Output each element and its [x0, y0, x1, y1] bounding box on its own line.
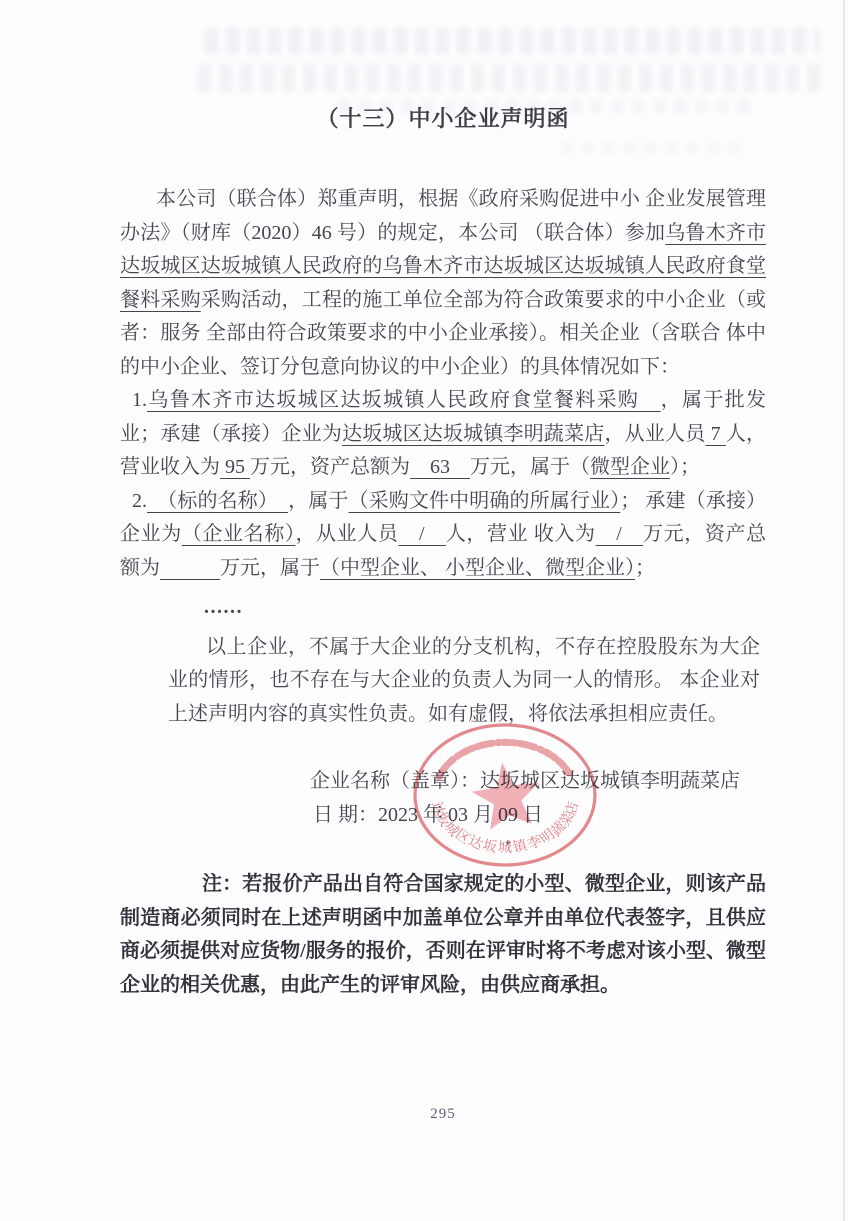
- date-line: 日 期：2023 年 03 月 09 日: [120, 799, 766, 833]
- text-segment: 万元，资产总额为: [250, 456, 410, 478]
- text-segment: /: [398, 523, 445, 545]
- text-segment: （企业名称）: [182, 523, 296, 545]
- text-segment: 的: [362, 255, 382, 277]
- scan-bleed-artifact: [560, 142, 750, 154]
- document-body: 本公司（联合体）郑重声明，根据《政府采购促进中小 企业发展管理办法》（财库（20…: [120, 183, 766, 1002]
- text-segment: 2.: [132, 490, 147, 512]
- text-segment: （采购文件中明确的所属行业）: [349, 490, 621, 512]
- text-segment: 7: [705, 423, 725, 445]
- text-segment: ）；: [670, 456, 700, 478]
- text-segment: 达坂城区达坂城镇李明蔬菜店: [342, 423, 604, 445]
- text-segment: 95: [220, 456, 250, 478]
- closing-paragraph: 以上企业，不属于大企业的分支机构，不存在控股股东为大企业的情形，也不存在与大企业…: [168, 631, 760, 732]
- item-1-paragraph: 1.乌鲁木齐市达坂城区达坂城镇人民政府食堂餐料采购 ，属于批发业；承建（承接）企…: [120, 384, 766, 485]
- text-segment: （标的名称）: [147, 490, 288, 512]
- text-segment: 1.: [132, 389, 147, 411]
- text-segment: ，属于: [288, 490, 348, 512]
- item-2-paragraph: 2. （标的名称） ，属于（采购文件中明确的所属行业）； 承建（承接）企业为（企…: [120, 485, 766, 586]
- declaration-paragraph: 本公司（联合体）郑重声明，根据《政府采购促进中小 企业发展管理办法》（财库（20…: [120, 183, 766, 384]
- document-page: （十三）中小企业声明函 本公司（联合体）郑重声明，根据《政府采购促进中小 企业发…: [0, 0, 848, 1221]
- text-segment: 人，营业 收入为: [446, 523, 596, 545]
- text-segment: [160, 557, 220, 579]
- text-segment: 万元，属于（: [470, 456, 590, 478]
- text-segment: ；: [635, 557, 655, 579]
- company-name-line: 企业名称（盖章）：达坂城区达坂城镇李明蔬菜店: [120, 765, 766, 799]
- text-segment: （中型企业、 小型企业、微型企业）: [320, 557, 635, 579]
- signature-block: 企业名称（盖章）：达坂城区达坂城镇李明蔬菜店 日 期：2023 年 03 月 0…: [120, 765, 766, 832]
- text-segment: 乌鲁木齐市达坂城区达坂城镇人民政府食堂餐料采购: [147, 389, 639, 411]
- text-segment: [639, 389, 660, 411]
- scan-edge-line: [843, 0, 845, 1221]
- page-number: 295: [120, 1106, 766, 1123]
- document-title: （十三）中小企业声明函: [120, 102, 766, 133]
- scan-bleed-artifact: [198, 64, 828, 92]
- text-segment: ，从业人员: [605, 423, 706, 445]
- text-segment: 采购活动，工程的施工单位全部为符合政策要求的中小企业（或者：服务 全部由符合政策…: [120, 289, 766, 378]
- ellipsis-line: ......: [120, 591, 766, 625]
- text-segment: /: [596, 523, 643, 545]
- text-segment: 微型企业: [590, 456, 670, 478]
- note-paragraph: 注：若报价产品出自符合国家规定的小型、微型企业，则该产品制造商必须同时在上述声明…: [120, 868, 766, 1002]
- text-segment: ，从业人员: [295, 523, 398, 545]
- text-segment: 63: [410, 456, 470, 478]
- scan-bleed-artifact: [205, 28, 820, 54]
- text-segment: 万元，属于: [220, 557, 320, 579]
